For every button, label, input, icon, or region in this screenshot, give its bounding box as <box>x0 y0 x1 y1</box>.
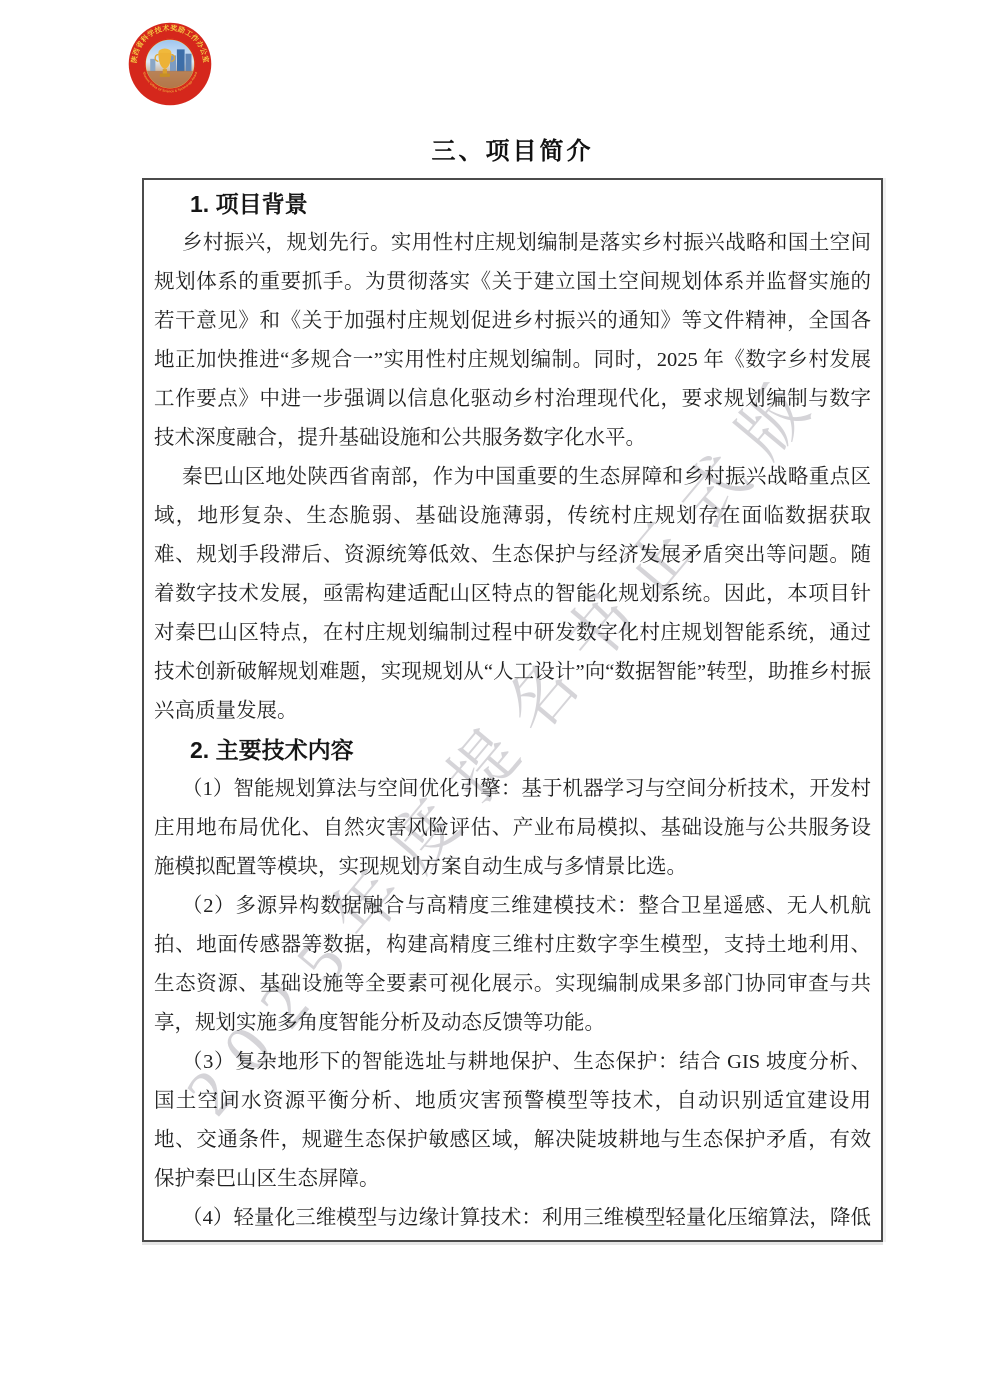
project-intro-table-cell: 1. 项目背景 乡村振兴，规划先行。实用性村庄规划编制是落实乡村振兴战略和国土空… <box>142 178 883 1242</box>
paragraph-background-2: 秦巴山区地处陕西省南部，作为中国重要的生态屏障和乡村振兴战略重点区域，地形复杂、… <box>154 458 871 731</box>
section-heading-project-background: 1. 项目背景 <box>190 185 871 224</box>
page-title: 三、项目简介 <box>142 131 883 166</box>
paragraph-tech-2: （2）多源异构数据融合与高精度三维建模技术：整合卫星遥感、无人机航拍、地面传感器… <box>154 887 871 1043</box>
paragraph-tech-3: （3）复杂地形下的智能选址与耕地保护、生态保护：结合 GIS 坡度分析、国土空间… <box>154 1043 871 1199</box>
paragraph-tech-1: （1）智能规划算法与空间优化引擎：基于机器学习与空间分析技术，开发村庄用地布局优… <box>154 770 871 887</box>
award-office-seal-logo: 陕西省科学技术奖励工作办公室 Shaanxi Office Of Science… <box>127 21 213 107</box>
paragraph-tech-4: （4）轻量化三维模型与边缘计算技术：利用三维模型轻量化压缩算法，降低模型数据量，… <box>154 1199 871 1242</box>
section-heading-main-technical-content: 2. 主要技术内容 <box>190 731 871 770</box>
seal-photo <box>146 40 194 88</box>
seal-graphic: 陕西省科学技术奖励工作办公室 Shaanxi Office Of Science… <box>127 21 213 107</box>
paragraph-background-1: 乡村振兴，规划先行。实用性村庄规划编制是落实乡村振兴战略和国土空间规划体系的重要… <box>154 224 871 458</box>
